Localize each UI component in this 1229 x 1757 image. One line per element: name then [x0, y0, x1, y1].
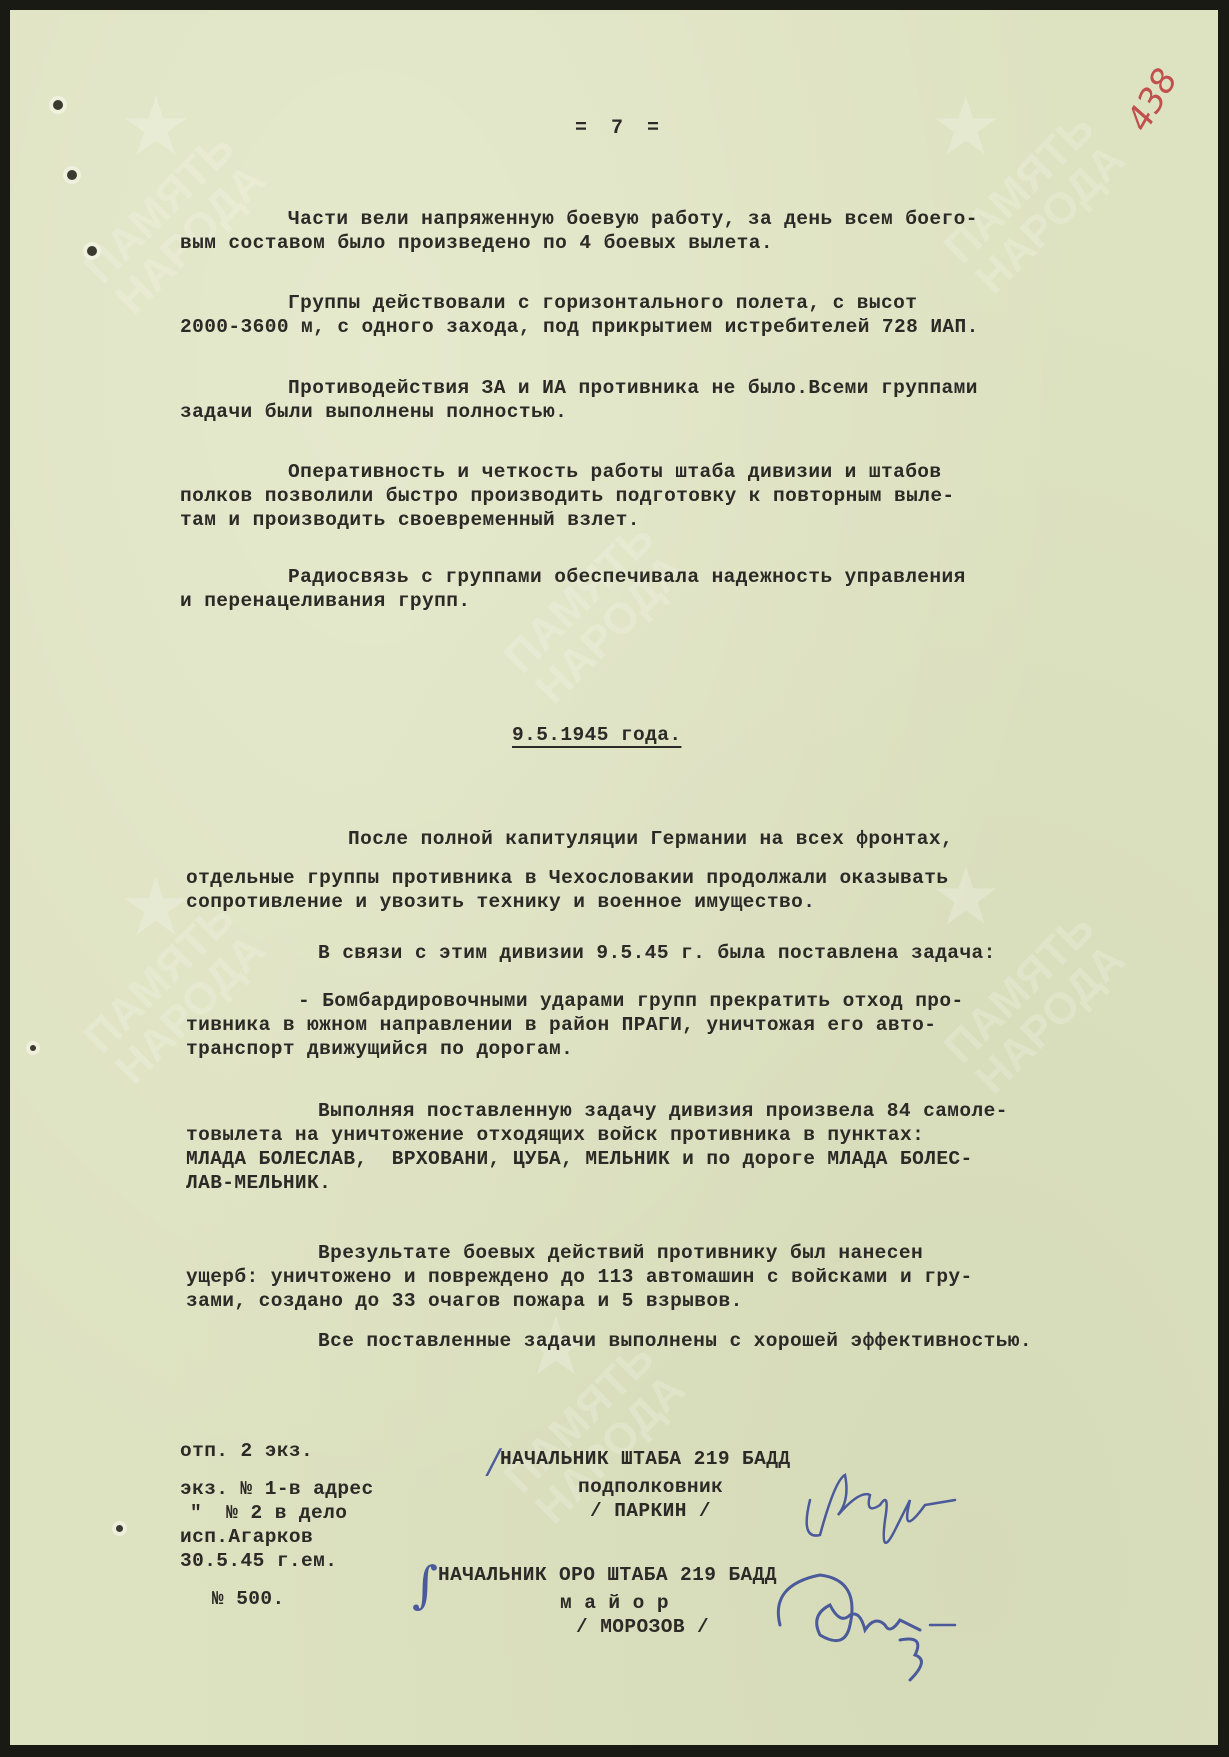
- distribution-line: отп. 2 экз.: [180, 1440, 313, 1462]
- distribution-line: " № 2 в дело: [190, 1502, 347, 1524]
- signature-parkin: [790, 1460, 960, 1570]
- watermark-star-icon: ★: [930, 80, 1002, 173]
- paragraph-line: После полной капитуляции Германии на все…: [348, 828, 953, 850]
- document-page: ★ ПАМЯТЬ НАРОДА ★ ПАМЯТЬ НАРОДА ПАМЯТЬ Н…: [10, 10, 1218, 1745]
- paragraph-line: там и производить своевременный взлет.: [180, 509, 640, 531]
- distribution-line: экз. № 1-в адрес: [180, 1478, 374, 1500]
- paragraph-line: сопротивление и увозить технику и военно…: [186, 891, 815, 913]
- paragraph-line: отдельные группы противника в Чехословак…: [186, 867, 948, 889]
- watermark: ПАМЯТЬ НАРОДА: [497, 516, 694, 713]
- punch-hole: [67, 170, 77, 180]
- signature-morozov: [750, 1555, 990, 1685]
- watermark: ПАМЯТЬ НАРОДА: [937, 906, 1134, 1103]
- paragraph-line: Все поставленные задачи выполнены с хоро…: [318, 1330, 1032, 1352]
- watermark: ПАМЯТЬ НАРОДА: [77, 126, 274, 323]
- paragraph-line: зами, создано до 33 очагов пожара и 5 вз…: [186, 1290, 743, 1312]
- paragraph-line: и перенацеливания групп.: [180, 590, 470, 612]
- paragraph-line: транспорт движущийся по дорогам.: [186, 1038, 573, 1060]
- punch-hole: [116, 1525, 123, 1532]
- paragraph-line: Врезультате боевых действий противнику б…: [318, 1242, 923, 1264]
- signatory-rank: подполковник: [578, 1476, 723, 1498]
- watermark: ПАМЯТЬ НАРОДА: [937, 106, 1134, 303]
- watermark-star-icon: ★: [120, 860, 192, 953]
- paragraph-line: ЛАВ-МЕЛЬНИК.: [186, 1172, 331, 1194]
- date-heading: 9.5.1945 года.: [512, 724, 681, 746]
- paragraph-line: вым составом было произведено по 4 боевы…: [180, 232, 773, 254]
- pen-mark: /: [488, 1442, 499, 1482]
- paragraph-line: МЛАДА БОЛЕСЛАВ, ВРХОВАНИ, ЦУБА, МЕЛЬНИК …: [186, 1148, 973, 1170]
- distribution-line: № 500.: [212, 1588, 285, 1610]
- archive-number: 438: [1119, 62, 1186, 138]
- signatory-rank: м а й о р: [560, 1592, 669, 1614]
- paragraph-line: полков позволили быстро производить подг…: [180, 485, 955, 507]
- watermark: ПАМЯТЬ НАРОДА: [77, 896, 274, 1093]
- paragraph-line: Оперативность и четкость работы штаба ди…: [288, 461, 942, 483]
- signatory-name: / МОРОЗОВ /: [576, 1616, 709, 1638]
- paragraph-line: Группы действовали с горизонтального пол…: [288, 292, 917, 314]
- paragraph-line: задачи были выполнены полностью.: [180, 401, 567, 423]
- paragraph-line: Противодействия ЗА и ИА противника не бы…: [288, 377, 978, 399]
- paragraph-line: В связи с этим дивизии 9.5.45 г. была по…: [318, 942, 996, 964]
- watermark-star-icon: ★: [120, 80, 192, 173]
- watermark-star-icon: ★: [930, 850, 1002, 943]
- pen-mark: ∫: [412, 1556, 438, 1614]
- punch-hole: [30, 1045, 36, 1051]
- distribution-line: 30.5.45 г.ем.: [180, 1550, 337, 1572]
- paragraph-line: 2000-3600 м, с одного захода, под прикры…: [180, 316, 979, 338]
- signatory-name: / ПАРКИН /: [590, 1500, 711, 1522]
- punch-hole: [53, 100, 63, 110]
- paragraph-line: ущерб: уничтожено и повреждено до 113 ав…: [186, 1266, 973, 1288]
- paragraph-line: Выполняя поставленную задачу дивизия про…: [318, 1100, 1008, 1122]
- paragraph-line: - Бомбардировочными ударами групп прекра…: [298, 990, 964, 1012]
- signatory-title: НАЧАЛЬНИК ШТАБА 219 БАДД: [500, 1448, 790, 1470]
- punch-hole: [87, 246, 97, 256]
- paragraph-line: Радиосвязь с группами обеспечивала надеж…: [288, 566, 966, 588]
- distribution-line: исп.Агарков: [180, 1526, 313, 1548]
- paragraph-line: Части вели напряженную боевую работу, за…: [288, 208, 978, 230]
- paragraph-line: товылета на уничтожение отходящих войск …: [186, 1124, 924, 1146]
- signatory-title: НАЧАЛЬНИК ОРО ШТАБА 219 БАДД: [438, 1564, 777, 1586]
- paragraph-line: тивника в южном направлении в район ПРАГ…: [186, 1014, 936, 1036]
- page-number: = 7 =: [575, 118, 665, 140]
